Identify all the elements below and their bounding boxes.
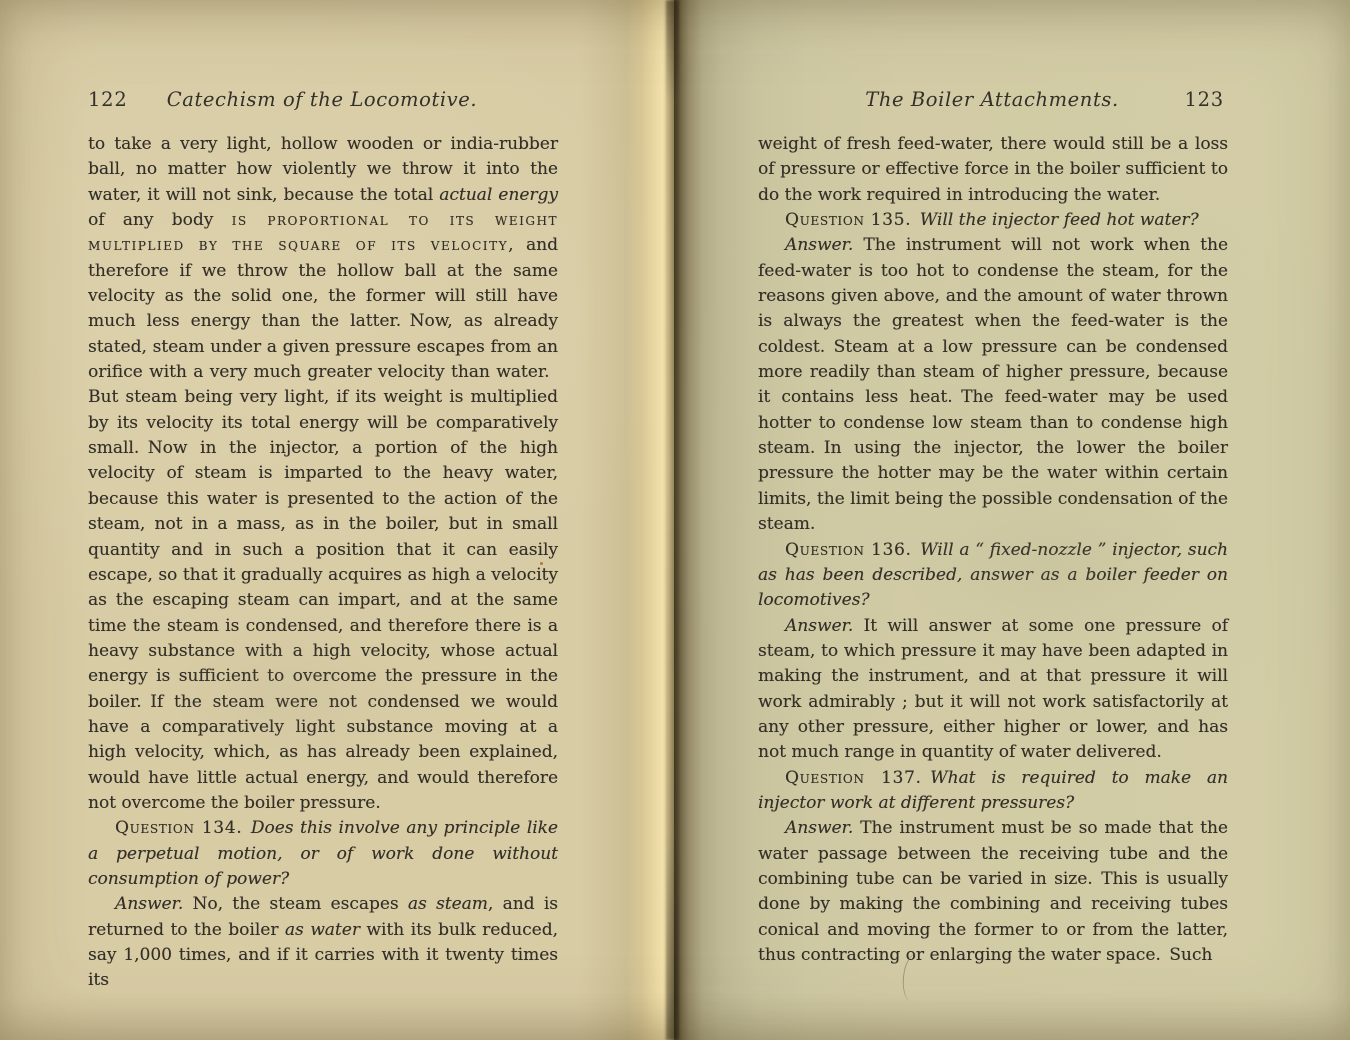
text-segment: [922, 768, 931, 788]
left-page-body: to take a very light, hollow wooden or i…: [88, 132, 558, 994]
text-segment-i: Answer.: [785, 818, 853, 838]
text-segment: [242, 818, 251, 838]
paragraph: Answer. The instrument must be so made t…: [758, 816, 1228, 968]
text-segment: No, the steam escapes: [183, 894, 408, 914]
paragraph: Answer. No, the steam escapes as steam, …: [88, 892, 558, 993]
text-segment-i: Answer.: [785, 616, 853, 636]
paragraph: Answer. The instrument will not work whe…: [758, 233, 1228, 537]
book-gutter-crease: [666, 0, 679, 1040]
text-segment-q: Question 134.: [115, 818, 242, 838]
text-segment-i: Answer.: [785, 235, 853, 255]
paper-speck: [540, 562, 543, 565]
paragraph: Question 137. What is required to make a…: [758, 766, 1228, 817]
text-segment-i: as water: [285, 920, 360, 940]
paragraph: Question 136. Will a “ fixed-nozzle ” in…: [758, 538, 1228, 614]
text-segment-i: Will the injector feed hot water?: [920, 210, 1199, 230]
paragraph: weight of fresh feed-water, there would …: [758, 132, 1228, 208]
text-segment-i: actual energy: [439, 185, 558, 205]
text-segment: weight of fresh feed-water, there would …: [758, 134, 1228, 205]
right-running-header: The Boiler Attachments.: [758, 88, 1226, 111]
text-segment: The instrument will not work when the fe…: [758, 235, 1228, 534]
book-spread: 122 Catechism of the Locomotive. to take…: [0, 0, 1350, 1040]
text-segment: It will answer at some one pressure of s…: [758, 616, 1228, 763]
paragraph: Question 134. Does this involve any prin…: [88, 816, 558, 892]
text-segment: [912, 540, 921, 560]
text-segment-q: Question 135.: [785, 210, 911, 230]
right-page-number: 123: [1184, 88, 1310, 111]
text-segment-i: as steam: [408, 894, 488, 914]
text-segment-q: Question 136.: [785, 540, 912, 560]
left-page-header: 122 Catechism of the Locomotive.: [88, 88, 556, 114]
right-page-header: The Boiler Attachments. 123: [758, 88, 1226, 114]
text-segment: [911, 210, 920, 230]
paragraph: Answer. It will answer at some one press…: [758, 614, 1228, 766]
left-running-header: Catechism of the Locomotive.: [88, 88, 556, 111]
text-segment-q: Question 137.: [785, 768, 922, 788]
right-page: The Boiler Attachments. 123 weight of fr…: [674, 0, 1350, 1040]
text-segment: of any body: [88, 210, 232, 230]
paper-speck: [1187, 300, 1189, 302]
left-page-number: 122: [88, 88, 128, 111]
text-segment: , and therefore if we throw the hollow b…: [88, 235, 558, 813]
paragraph: Question 135. Will the injector feed hot…: [758, 208, 1228, 233]
left-page: 122 Catechism of the Locomotive. to take…: [0, 0, 674, 1040]
paragraph: to take a very light, hollow wooden or i…: [88, 132, 558, 816]
right-page-body: weight of fresh feed-water, there would …: [758, 132, 1228, 968]
text-segment: The instrument must be so made that the …: [758, 818, 1228, 965]
text-segment-i: Answer.: [115, 894, 183, 914]
